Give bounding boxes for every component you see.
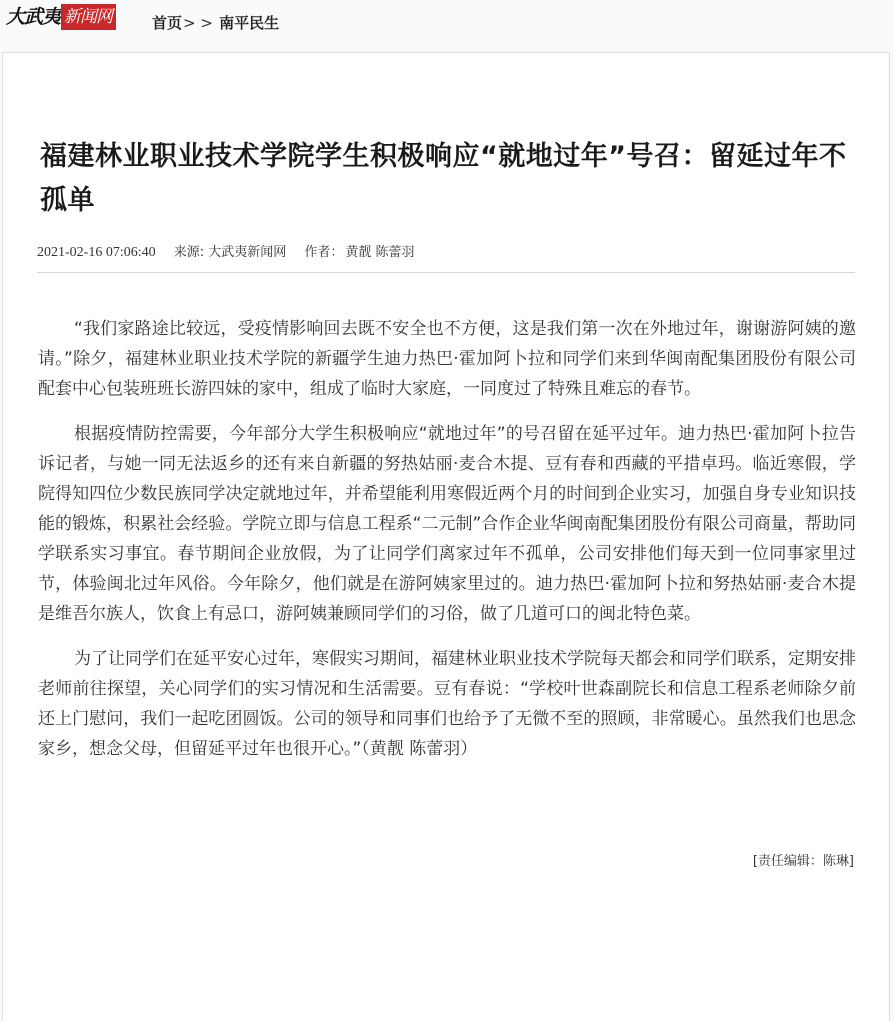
article-paragraph: “我们家路途比较远，受疫情影响回去既不安全也不方便，这是我们第一次在外地过年，谢… [38,314,856,404]
logo-text-badge: 新闻网 [61,4,116,30]
article-meta: 2021-02-16 07:06:40 来源: 大武夷新闻网 作者：黄靓 陈蕾羽 [37,243,415,263]
meta-divider [37,272,855,273]
breadcrumb-home-link[interactable]: 首页 [152,14,182,32]
publish-datetime: 2021-02-16 07:06:40 [37,245,156,260]
article-source: 来源: 大武夷新闻网 [174,245,287,260]
site-logo[interactable]: 大武夷 新闻网 [6,4,116,30]
author-label: 作者： [304,245,343,260]
top-bar: 大武夷 新闻网 首页> > 南平民生 [0,0,894,48]
breadcrumb: 首页> > 南平民生 [152,12,279,34]
article-title: 福建林业职业技术学院学生积极响应“就地过年”号召：留延过年不孤单 [40,135,850,223]
breadcrumb-section-link[interactable]: 南平民生 [219,14,279,32]
logo-text-main: 大武夷 [6,4,60,30]
article-paragraph: 根据疫情防控需要，今年部分大学生积极响应“就地过年”的号召留在延平过年。迪力热巴… [38,419,856,629]
author-name: 黄靓 陈蕾羽 [345,245,414,260]
article-paragraph: 为了让同学们在延平安心过年，寒假实习期间，福建林业职业技术学院每天都会和同学们联… [38,644,856,764]
responsible-editor: [责任编辑：陈琳] [753,852,854,872]
article-body: “我们家路途比较远，受疫情影响回去既不安全也不方便，这是我们第一次在外地过年，谢… [38,314,856,779]
breadcrumb-separator: > > [183,14,213,32]
